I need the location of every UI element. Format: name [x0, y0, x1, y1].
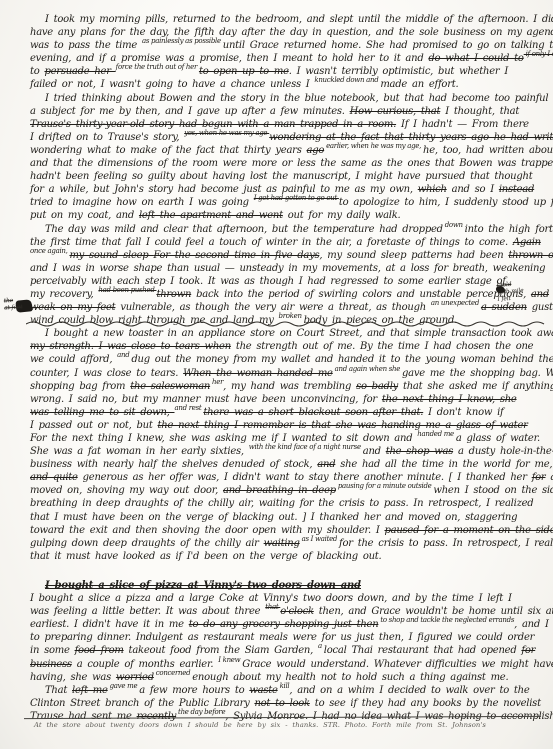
manuscript-line: counter, I was close to tears. When the … — [30, 367, 547, 380]
manuscript-line: and that the dimensions of the room were… — [30, 157, 547, 170]
struck-segment: ago — [307, 145, 325, 156]
text-segment: that it must have looked as if I'd been … — [30, 551, 382, 562]
manuscript-line: to preparing dinner. Indulgent as restau… — [30, 631, 547, 644]
manuscript-line: in some food from takeout food from the … — [30, 644, 547, 657]
struck-segment: to do any grocery shopping just then — [189, 619, 379, 630]
text-segment: gave me the shopping bag. When I took th… — [402, 368, 553, 379]
manuscript-line: and I was in worse shape than usual — un… — [30, 262, 547, 275]
manuscript-line: I bought a slice a pizza and a large Cok… — [30, 592, 547, 605]
text-segment: to apologize to him, I suddenly stood up… — [339, 197, 553, 208]
manuscript-line: have any plans for the day, the fifth da… — [30, 26, 547, 39]
text-segment: dug out the money from my wallet and han… — [131, 354, 553, 365]
insertion-segment: pausing for a minute outside — [336, 482, 434, 490]
text-segment: tried to imagine how on earth I was goin… — [30, 197, 254, 208]
struck-insertion-segment: yes, when he was my age — [184, 129, 269, 137]
text-segment: I bought a new toaster in an appliance s… — [45, 328, 553, 339]
text-segment: for a while, but John's story had become… — [30, 184, 418, 195]
struck-segment: and — [531, 289, 549, 300]
margin-scribble: at feet — [4, 304, 23, 312]
text-segment: If I hadn't — From there — [396, 119, 529, 130]
manuscript-line: put on my coat, and left the apartment a… — [30, 209, 547, 222]
text-segment: I thought, that — [440, 106, 519, 117]
manuscript-line: we could afford, and dug out the money f… — [30, 353, 547, 366]
manuscript-line: the first time that fall I could feel a … — [30, 236, 547, 249]
text-segment: a glass of water. — [456, 433, 540, 444]
text-segment: evening, and if a promise was a promise,… — [30, 53, 428, 64]
struck-segment: For the second time in five days — [153, 250, 319, 261]
text-segment: vulnerable, as though the very air were … — [115, 302, 430, 313]
manuscript-line: I bought a slice of pizza at Vinny's two… — [30, 579, 547, 592]
manuscript-line: breathing in deep draughts of the chilly… — [30, 497, 547, 510]
manuscript-line: my strength. I was close to tears when t… — [30, 340, 547, 353]
struck-segment: o'clock — [280, 606, 314, 617]
insertion-segment: the day before — [176, 708, 225, 716]
manuscript-line: The day was mild and clear that afternoo… — [30, 223, 547, 236]
manuscript-line: to persuade her force the truth out of h… — [30, 65, 547, 78]
text-segment: failed or not, I wasn't going to have a … — [30, 79, 314, 90]
text-segment: gulping down deep draughts of the chilly… — [30, 538, 264, 549]
manuscript-line: that I must have been on the verge of bl… — [30, 511, 547, 524]
text-segment: she had all the time in the world for me… — [335, 459, 552, 470]
manuscript-line: business with nearly half the shelves de… — [30, 458, 547, 471]
text-segment: She was a fat woman in her early sixties… — [30, 446, 249, 457]
insertion-segment: to shop and tackle the neglected errands — [378, 616, 514, 624]
manuscript-line: wrong. I said no, but my manner must hav… — [30, 393, 547, 406]
text-segment: hadn't been feeling so guilty about havi… — [30, 171, 532, 182]
text-segment: when I stood on the sidewalk for a momen… — [433, 485, 553, 496]
text-segment: out for my daily walk. — [283, 210, 401, 221]
struck-segment: the next thing I remember is that she wa… — [158, 420, 528, 431]
manuscript-line: that it must have looked as if I'd been … — [30, 550, 547, 563]
wavy-underline — [26, 319, 546, 329]
insertion-segment: gave me — [108, 682, 140, 690]
struck-segment: so badly — [356, 381, 398, 392]
text-segment: in some — [30, 645, 75, 656]
insertion-segment: I knew — [218, 656, 242, 664]
struck-segment: left the apartment and went — [139, 210, 283, 221]
struck-segment: do what I could to — [428, 53, 523, 64]
insertion-segment: with the kind face of a night nurse — [249, 443, 363, 451]
struck-segment: for — [521, 645, 535, 656]
struck-segment: Again — [513, 237, 541, 248]
text-segment: to — [30, 66, 44, 77]
text-segment: and — [363, 446, 386, 457]
text-segment: moved on, shoving my way out door, — [30, 485, 223, 496]
insertion-segment: and — [117, 351, 131, 359]
text-segment: he, too, had written about a man trapped… — [423, 145, 553, 156]
struck-segment: When the woman handed me — [183, 368, 333, 379]
text-segment: generous as her offer was, I didn't want… — [78, 472, 532, 483]
text-segment: That — [45, 685, 72, 696]
struck-segment: paused for a moment on the sidewalk, — [384, 525, 553, 536]
text-segment: gust of — [527, 302, 553, 313]
insertion-segment: once again, — [30, 247, 69, 255]
text-segment: have any plans for the day, the fifth da… — [30, 27, 553, 38]
manuscript-line: I passed out or not, but the next thing … — [30, 419, 547, 432]
text-segment: I tried thinking about Bowen and the sto… — [45, 93, 548, 104]
text-segment: the strength out of me. By the time I ha… — [231, 341, 533, 352]
struck-segment: a sudden — [481, 302, 527, 313]
text-segment: we could afford, — [30, 354, 117, 365]
struck-segment: waste — [249, 685, 277, 696]
text-segment: my recovery, — [30, 289, 98, 300]
struck-segment: to open up to me — [199, 66, 289, 77]
manuscript-line: a subject for me by then, and I gave up … — [30, 105, 547, 118]
text-segment: until Grace returned home. She had promi… — [223, 40, 553, 51]
manuscript-line: shopping bag from the saleswoman her, my… — [30, 380, 547, 393]
manuscript-line: She was a fat woman in her early sixties… — [30, 445, 547, 458]
insertion-segment: force the truth out of her — [116, 63, 199, 71]
struck-segment: business — [30, 659, 72, 670]
struck-segment: and breathing in deep — [223, 485, 336, 496]
text-segment: to see if they had any books by the nove… — [310, 698, 541, 709]
text-segment: Grace would understand. Whatever difficu… — [242, 659, 553, 670]
struck-segment: the shop was — [386, 446, 453, 457]
text-segment: to preparing dinner. Indulgent as restau… — [30, 632, 534, 643]
struck-insertion-segment: I got had gotten to go out — [254, 194, 339, 202]
manuscript-line: evening, and if a promise was a promise,… — [30, 52, 547, 65]
manuscript-line: earliest. I didn't have it in me to do a… — [30, 618, 547, 631]
text-segment: that I must have been on the verge of bl… — [30, 512, 517, 523]
struck-insertion-segment: had been pushed — [98, 286, 156, 294]
text-segment: wondering what to make of the fact that … — [30, 145, 307, 156]
text-segment: wrong. I said no, but my manner must hav… — [30, 394, 382, 405]
text-segment: was to pass the time — [30, 40, 142, 51]
text-segment: I passed out or not, but — [30, 420, 158, 431]
manuscript-line: was to pass the time as painlessly as po… — [30, 39, 547, 52]
struck-segment: not to look — [254, 698, 309, 709]
text-segment: that she asked me if anything was — [398, 381, 553, 392]
struck-segment: and — [317, 459, 335, 470]
insertion-segment: knuckled down and — [314, 76, 380, 84]
manuscript-line: gulping down deep draughts of the chilly… — [30, 537, 547, 550]
manuscript-line: I bought a new toaster in an appliance s… — [30, 327, 547, 340]
struck-segment: thrown off again — [508, 250, 553, 261]
text-segment: into the high forties, and for — [465, 224, 553, 235]
text-segment: having, she was — [30, 672, 116, 683]
insertion-segment: kill — [278, 682, 290, 690]
text-segment: made an effort. — [380, 79, 458, 90]
struck-segment: instead — [499, 184, 534, 195]
text-segment: for the crisis to pass. In retrospect, I… — [339, 538, 553, 549]
struck-segment: the saleswoman — [130, 381, 210, 392]
manuscript-line: I took my morning pills, returned to the… — [30, 13, 547, 26]
text-segment: a subject for me by then, and I gave up … — [30, 106, 350, 117]
text-segment: I took my morning pills, returned to the… — [45, 14, 553, 25]
margin-note-right: I toldwith mileI felt — [496, 280, 524, 303]
text-segment: takeout food from the Siam Garden, — [124, 645, 318, 656]
text-segment: earliest. I didn't have it in me — [30, 619, 189, 630]
text-segment: the first time that fall I could feel a … — [30, 237, 513, 248]
struck-segment: thrown — [156, 289, 191, 300]
struck-segment: there was a short blackout soon after th… — [203, 407, 423, 418]
struck-segment: waiting — [264, 538, 300, 549]
manuscript-line: and quite generous as her offer was, I d… — [30, 471, 547, 484]
struck-segment: the next thing I knew, she — [382, 394, 517, 405]
text-segment: shopping bag from — [30, 381, 130, 392]
insertion-segment: earlier, when he was my age, — [324, 142, 423, 150]
struck-segment: for — [532, 472, 546, 483]
manuscript-page: I took my morning pills, returned to the… — [0, 0, 553, 749]
text-segment: was feeling a little better. It was abou… — [30, 606, 265, 617]
insertion-segment: an unexpected — [431, 299, 481, 307]
manuscript-text-block: I took my morning pills, returned to the… — [30, 13, 547, 723]
insertion-segment: handed me — [417, 430, 456, 438]
manuscript-line: Trause's thirty-year-old story had begun… — [30, 118, 547, 131]
text-segment: a dusty hole-in-the-wall, a run-down fam… — [453, 446, 553, 457]
text-segment: I drifted on to Trause's story, — [30, 132, 184, 143]
struck-insertion-segment: if only I could — [524, 50, 553, 58]
struck-segment: How curious, that — [350, 106, 441, 117]
text-segment: , and on a whim I decided to walk over t… — [289, 685, 529, 696]
text-segment: enough about my health not to hold such … — [192, 672, 508, 683]
text-segment: , my hand was trembling — [223, 381, 356, 392]
text-segment: , my sound sleep patterns had been — [319, 250, 508, 261]
struck-segment: left me — [72, 685, 108, 696]
manuscript-line: I drifted on to Trause's story, yes, whe… — [30, 131, 547, 144]
struck-segment: which — [418, 184, 447, 195]
struck-segment: persuade her — [44, 66, 115, 77]
text-segment: counter, I was close to tears. — [30, 368, 183, 379]
struck-segment: and quite — [30, 472, 78, 483]
text-segment: breathing in deep draughts of the chilly… — [30, 498, 533, 509]
text-segment: toward the exit and then shoving the doo… — [30, 525, 384, 536]
margin-scribble: I felt — [497, 295, 511, 303]
text-segment: and so I — [447, 184, 499, 195]
manuscript-line: moved on, shoving my way out door, and b… — [30, 484, 547, 497]
text-segment: business with nearly half the shelves de… — [30, 459, 317, 470]
insertion-segment: and again when she — [333, 365, 402, 373]
text-segment: The day was mild and clear that afternoo… — [45, 224, 443, 235]
struck-segment: weak on my feet — [30, 302, 115, 313]
text-segment: , and I knew I wasn't up — [514, 619, 553, 630]
footnote-text: At the store about twenty doors down I s… — [34, 721, 486, 729]
manuscript-line: tried to imagine how on earth I was goin… — [30, 196, 547, 209]
text-segment: local Thai restaurant that had opened — [324, 645, 522, 656]
manuscript-line: I tried thinking about Bowen and the sto… — [30, 92, 547, 105]
struck-insertion-segment: that — [265, 603, 280, 611]
insertion-segment: a — [318, 642, 324, 650]
struck-segment: food from — [75, 645, 124, 656]
manuscript-line: wondering what to make of the fact that … — [30, 144, 547, 157]
struck-segment: worried — [116, 672, 154, 683]
text-segment: and I was in worse shape than usual — un… — [30, 263, 545, 274]
insertion-segment: concerned — [154, 669, 192, 677]
margin-note-left: theat feet — [4, 297, 23, 312]
manuscript-line: Clinton Street branch of the Public Libr… — [30, 697, 547, 710]
struck-segment: my sound sleep — [69, 250, 153, 261]
manuscript-line: That left me gave me a few more hours to… — [30, 684, 547, 697]
struck-segment: was telling me to sit down, — [30, 407, 175, 418]
text-segment: and — [545, 472, 553, 483]
insertion-segment: down — [443, 221, 465, 229]
manuscript-line: toward the exit and then shoving the doo… — [30, 524, 547, 537]
insertion-segment: as I waited — [300, 535, 339, 543]
manuscript-line: hadn't been feeling so guilty about havi… — [30, 170, 547, 183]
text-segment: put on my coat, and — [30, 210, 139, 221]
text-segment: I don't know if — [423, 407, 503, 418]
manuscript-line: was telling me to sit down, and rest the… — [30, 406, 547, 419]
insertion-segment: and rest — [175, 404, 204, 412]
text-segment: and that the dimensions of the room were… — [30, 158, 553, 169]
double-struck-segment: I bought a slice of pizza at Vinny's two… — [45, 580, 361, 591]
manuscript-line: failed or not, I wasn't going to have a … — [30, 78, 547, 91]
manuscript-line: business a couple of months earlier. I k… — [30, 658, 547, 671]
insertion-segment: as painlessly as possible — [142, 37, 223, 45]
text-segment: a few more hours to — [139, 685, 249, 696]
text-segment: a couple of months earlier. — [72, 659, 218, 670]
manuscript-line: once again, my sound sleep For the secon… — [30, 249, 547, 262]
insertion-segment: her — [210, 378, 223, 386]
